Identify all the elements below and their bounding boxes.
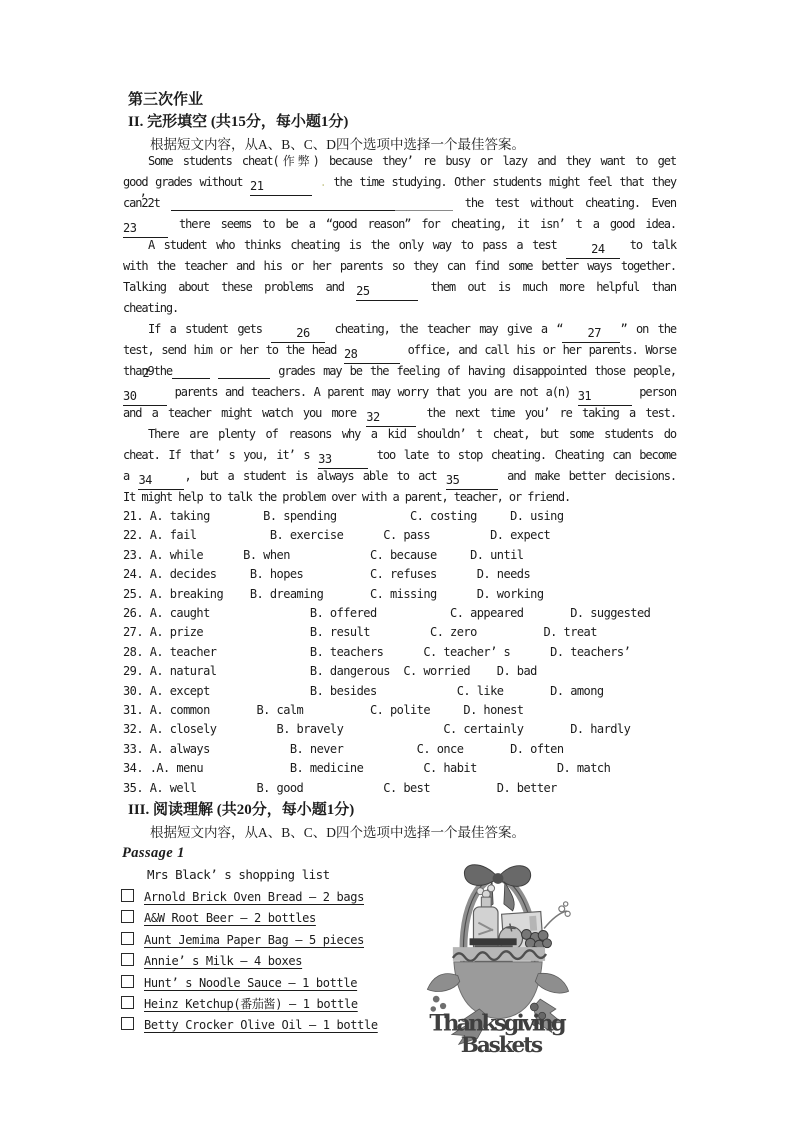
cloze-text: Some students cheat(作弊) because they’ re… xyxy=(148,154,676,168)
cloze-line: A student who thinks cheating is the onl… xyxy=(123,235,676,256)
basket-caption-line2: Baskets xyxy=(461,1033,543,1058)
cloze-line: 23 there seems to be a “good reason” for… xyxy=(123,214,676,235)
cloze-question-23: 23. A. while B. when C. because D. until xyxy=(123,546,743,565)
cloze-blank xyxy=(218,362,270,379)
cloze-text: grades may be the feeling of having disa… xyxy=(270,364,676,378)
cloze-question-28: 28. A. teacher B. teachers C. teacher’ s… xyxy=(123,643,743,662)
cloze-text: It might help to talk the problem over w… xyxy=(123,490,570,504)
glitch-overlap-text: 2’ xyxy=(141,196,147,210)
doc-title: 第三次作业 xyxy=(128,88,203,109)
shopping-list-title: Mrs Black’ s shopping list xyxy=(147,867,330,882)
list-item: Aunt Jemima Paper Bag — 5 pieces xyxy=(121,930,451,951)
cloze-text: Talking about these problems and xyxy=(123,280,356,294)
cloze-question-21: 21. A. taking B. spending C. costing D. … xyxy=(123,507,743,526)
cloze-question-29: 29. A. natural B. dangerous C. worried D… xyxy=(123,662,743,681)
cloze-line: a 34, but a student is always able to ac… xyxy=(123,466,676,487)
checkbox-icon xyxy=(121,996,134,1009)
cloze-question-24: 24. A. decides B. hopes C. refuses D. ne… xyxy=(123,565,743,584)
list-item: Heinz Ketchup(番茄酱) — 1 bottle xyxy=(121,994,451,1015)
cloze-line: cheating. xyxy=(123,298,676,319)
list-item: Hunt’ s Noodle Sauce — 1 bottle xyxy=(121,973,451,994)
list-item-text: Hunt’ s Noodle Sauce — 1 bottle xyxy=(144,976,357,990)
cloze-text: If a student gets xyxy=(148,322,271,336)
cloze-line: If a student gets 26 cheating, the teach… xyxy=(123,319,676,340)
cloze-text: with the teacher and his or her parents … xyxy=(123,259,676,273)
cloze-text: to talk xyxy=(620,238,676,252)
checkbox-icon xyxy=(121,910,134,923)
cloze-blank xyxy=(395,194,453,211)
cloze-question-32: 32. A. closely B. bravely C. certainly D… xyxy=(123,720,743,739)
shopping-list: Arnold Brick Oven Bread — 2 bagsA&W Root… xyxy=(121,887,451,1037)
list-item-text: Arnold Brick Oven Bread — 2 bags xyxy=(144,890,364,904)
list-item-text: Heinz Ketchup(番茄酱) — 1 bottle xyxy=(144,997,358,1011)
cloze-question-34: 34. .A. menu B. medicine C. habit D. mat… xyxy=(123,759,743,778)
cloze-question-list: 21. A. taking B. spending C. costing D. … xyxy=(123,507,743,798)
cloze-line: There are plenty of reasons why a kid sh… xyxy=(123,424,676,445)
cloze-passage: Some students cheat(作弊) because they’ re… xyxy=(123,151,676,508)
cloze-text: A student who thinks cheating is the onl… xyxy=(148,238,566,252)
checkbox-icon xyxy=(121,975,134,988)
cloze-question-25: 25. A. breaking B. dreaming C. missing D… xyxy=(123,585,743,604)
reading-section-heading: III. 阅读理解 (共20分，每小题1分) xyxy=(128,798,354,819)
cloze-line: Some students cheat(作弊) because they’ re… xyxy=(123,151,676,172)
cloze-question-31: 31. A. common B. calm C. polite D. hones… xyxy=(123,701,743,720)
cloze-text: cheating, the teacher may give a “ xyxy=(325,322,562,336)
cloze-blank-25: 25 xyxy=(356,284,418,301)
cloze-line: than29the grades may be the feeling of h… xyxy=(123,361,676,382)
checkbox-icon xyxy=(121,932,134,945)
list-item: A&W Root Beer — 2 bottles xyxy=(121,908,451,929)
cloze-text: parents and teachers. A parent may worry… xyxy=(167,385,578,399)
cloze-line: and a teacher might watch you more 32 th… xyxy=(123,403,676,424)
cloze-text: 2t xyxy=(148,196,172,210)
cloze-text xyxy=(312,175,320,189)
list-item: Betty Crocker Olive Oil — 1 bottle xyxy=(121,1015,451,1036)
cloze-text: the test without cheating. Even xyxy=(453,196,676,210)
cloze-text: 9the xyxy=(148,364,173,378)
cloze-question-30: 30. A. except B. besides C. like D. amon… xyxy=(123,682,743,701)
worksheet-page: { "doc": { "title": "第三次作业" }, "colors":… xyxy=(0,0,793,1122)
cloze-text: the time studying. Other students might … xyxy=(326,175,676,189)
cloze-line: It might help to talk the problem over w… xyxy=(123,487,676,508)
cloze-line: with the teacher and his or her parents … xyxy=(123,256,676,277)
list-item-text: A&W Root Beer — 2 bottles xyxy=(144,911,316,925)
checkbox-icon xyxy=(121,953,134,966)
checkbox-icon xyxy=(121,1017,134,1030)
cloze-text: cheat. If that’ s you, it’ s xyxy=(123,448,318,462)
cloze-text: them out is much more helpful than xyxy=(418,280,676,294)
passage-label: Passage 1 xyxy=(122,845,185,862)
cloze-text: test, send him or her to the head xyxy=(123,343,344,357)
cloze-text: There are plenty of reasons why a kid sh… xyxy=(148,427,676,441)
cloze-blank xyxy=(172,362,210,379)
cloze-text: too late to stop cheating. Cheating can … xyxy=(368,448,676,462)
cloze-instruction: 根据短文内容，从A、B、C、D四个选项中选择一个最佳答案。 xyxy=(150,133,525,153)
list-item-text: Annie’ s Milk — 4 boxes xyxy=(144,954,302,968)
list-item: Arnold Brick Oven Bread — 2 bags xyxy=(121,887,451,908)
cloze-blank xyxy=(171,194,395,211)
cloze-question-22: 22. A. fail B. exercise C. pass D. expec… xyxy=(123,526,743,545)
cloze-text: good grades without xyxy=(123,175,250,189)
cloze-line: test, send him or her to the head 28 off… xyxy=(123,340,676,361)
reading-instruction: 根据短文内容，从A、B、C、D四个选项中选择一个最佳答案。 xyxy=(150,821,525,841)
list-item: Annie’ s Milk — 4 boxes xyxy=(121,951,451,972)
cloze-text: and a teacher might watch you more xyxy=(123,406,366,420)
cloze-question-33: 33. A. always B. never C. once D. often xyxy=(123,740,743,759)
cloze-question-26: 26. A. caught B. offered C. appeared D. … xyxy=(123,604,743,623)
cloze-text: office, and call his or her parents. Wor… xyxy=(400,343,676,357)
cloze-text: ” on the xyxy=(620,322,676,336)
cloze-line: 30 parents and teachers. A parent may wo… xyxy=(123,382,676,403)
cloze-text: cheating. xyxy=(123,301,178,315)
list-item-text: Betty Crocker Olive Oil — 1 bottle xyxy=(144,1018,378,1032)
cloze-question-27: 27. A. prize B. result C. zero D. treat xyxy=(123,623,743,642)
cloze-question-35: 35. A. well B. good C. best D. better xyxy=(123,779,743,798)
cloze-line: Talking about these problems and 25 them… xyxy=(123,277,676,298)
cloze-text: the next time you’ re taking a test. xyxy=(416,406,676,420)
cloze-text: and make better decisions. xyxy=(498,469,676,483)
thanksgiving-basket-image: Thanksgiving Baskets xyxy=(424,852,572,1058)
checkbox-icon xyxy=(121,889,134,902)
cloze-text: there seems to be a “good reason” for ch… xyxy=(168,217,676,231)
glitch-overlap-text: n2 xyxy=(141,364,147,378)
cloze-section-heading: II. 完形填空 (共15分，每小题1分) xyxy=(128,110,348,131)
cloze-text: tha xyxy=(123,364,141,378)
cloze-text: a xyxy=(123,469,138,483)
cloze-text xyxy=(210,364,218,378)
cloze-line: can2’2t the test without cheating. Even xyxy=(123,193,676,214)
cloze-text: , but a student is always able to act xyxy=(184,469,445,483)
cloze-text: person xyxy=(632,385,676,399)
cloze-line: cheat. If that’ s you, it’ s 33 too late… xyxy=(123,445,676,466)
cloze-line: good grades without 21 . the time studyi… xyxy=(123,172,676,193)
list-item-text: Aunt Jemima Paper Bag — 5 pieces xyxy=(144,933,364,947)
